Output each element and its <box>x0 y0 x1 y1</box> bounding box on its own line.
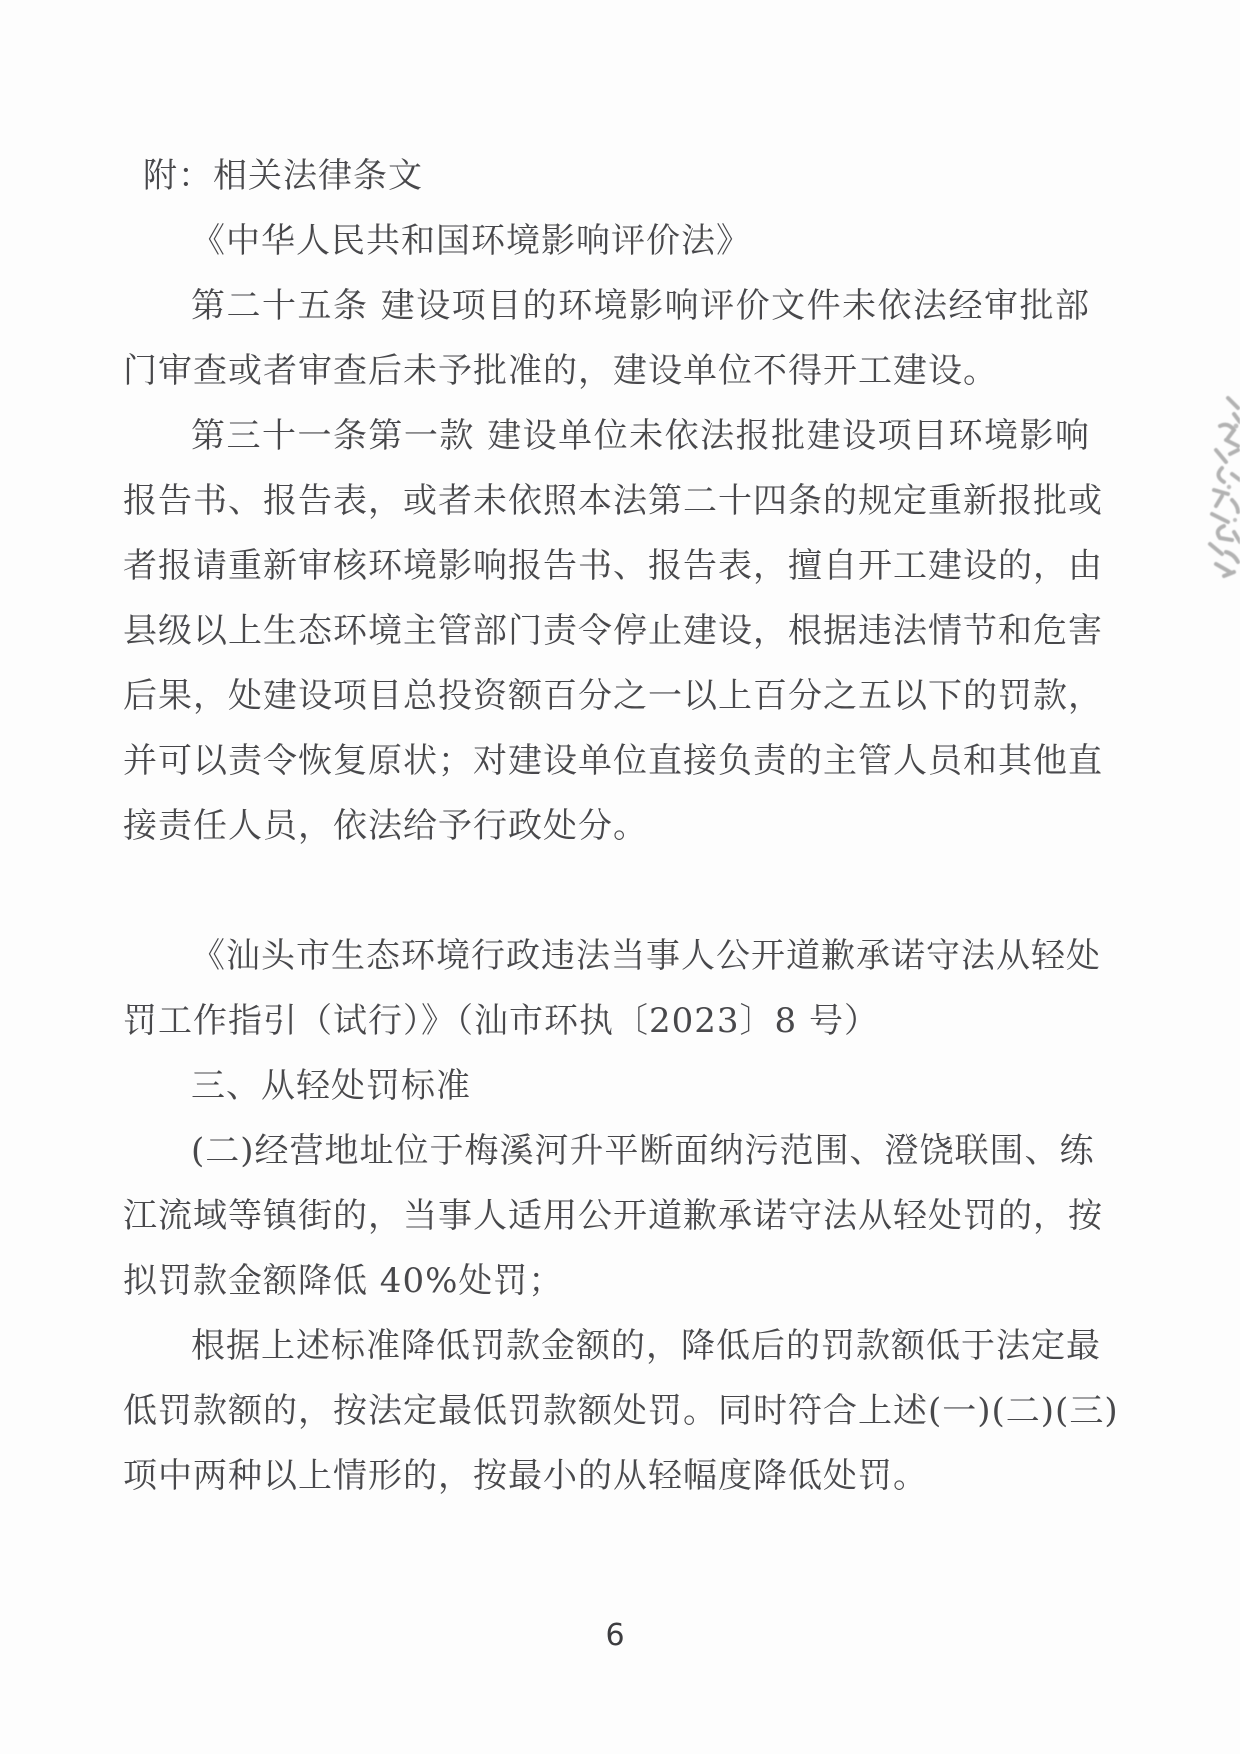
text-line: 根据上述标准降低罚款金额的，降低后的罚款额低于法定最 <box>123 1314 1090 1379</box>
text-line: 门审查或者审查后未予批准的，建设单位不得开工建设。 <box>123 339 1090 404</box>
text-line: 附：相关法律条文 <box>123 144 1090 209</box>
text-line: 后果，处建设项目总投资额百分之一以上百分之五以下的罚款， <box>123 664 1090 729</box>
text-line: 县级以上生态环境主管部门责令停止建设，根据违法情节和危害 <box>123 599 1090 664</box>
text-line: 并可以责令恢复原状；对建设单位直接负责的主管人员和其他直 <box>123 729 1090 794</box>
text-line: 者报请重新审核环境影响报告书、报告表，擅自开工建设的，由 <box>123 534 1090 599</box>
partial-seal-stamp-icon <box>1198 392 1240 587</box>
text-line: 罚工作指引（试行）》（汕市环执〔2023〕8 号） <box>123 989 1090 1054</box>
text-line: 第二十五条 建设项目的环境影响评价文件未依法经审批部 <box>123 274 1090 339</box>
text-line: 第三十一条第一款 建设单位未依法报批建设项目环境影响 <box>123 404 1090 469</box>
page-number: 6 <box>0 1618 1230 1653</box>
document-body: 附：相关法律条文 《中华人民共和国环境影响评价法》 第二十五条 建设项目的环境影… <box>123 144 1090 1509</box>
text-line: 三、从轻处罚标准 <box>123 1054 1090 1119</box>
text-line: 《汕头市生态环境行政违法当事人公开道歉承诺守法从轻处 <box>123 924 1090 989</box>
document-page: 附：相关法律条文 《中华人民共和国环境影响评价法》 第二十五条 建设项目的环境影… <box>0 0 1240 1754</box>
text-line: 《中华人民共和国环境影响评价法》 <box>123 209 1090 274</box>
text-line: 接责任人员，依法给予行政处分。 <box>123 794 1090 859</box>
text-line: (二)经营地址位于梅溪河升平断面纳污范围、澄饶联围、练 <box>123 1119 1090 1184</box>
text-line: 江流域等镇街的，当事人适用公开道歉承诺守法从轻处罚的，按 <box>123 1184 1090 1249</box>
text-line: 项中两种以上情形的，按最小的从轻幅度降低处罚。 <box>123 1444 1090 1509</box>
text-line: 低罚款额的，按法定最低罚款额处罚。同时符合上述(一)(二)(三) <box>123 1379 1090 1444</box>
text-line: 拟罚款金额降低 40%处罚； <box>123 1249 1090 1314</box>
text-line: 报告书、报告表，或者未依照本法第二十四条的规定重新报批或 <box>123 469 1090 534</box>
